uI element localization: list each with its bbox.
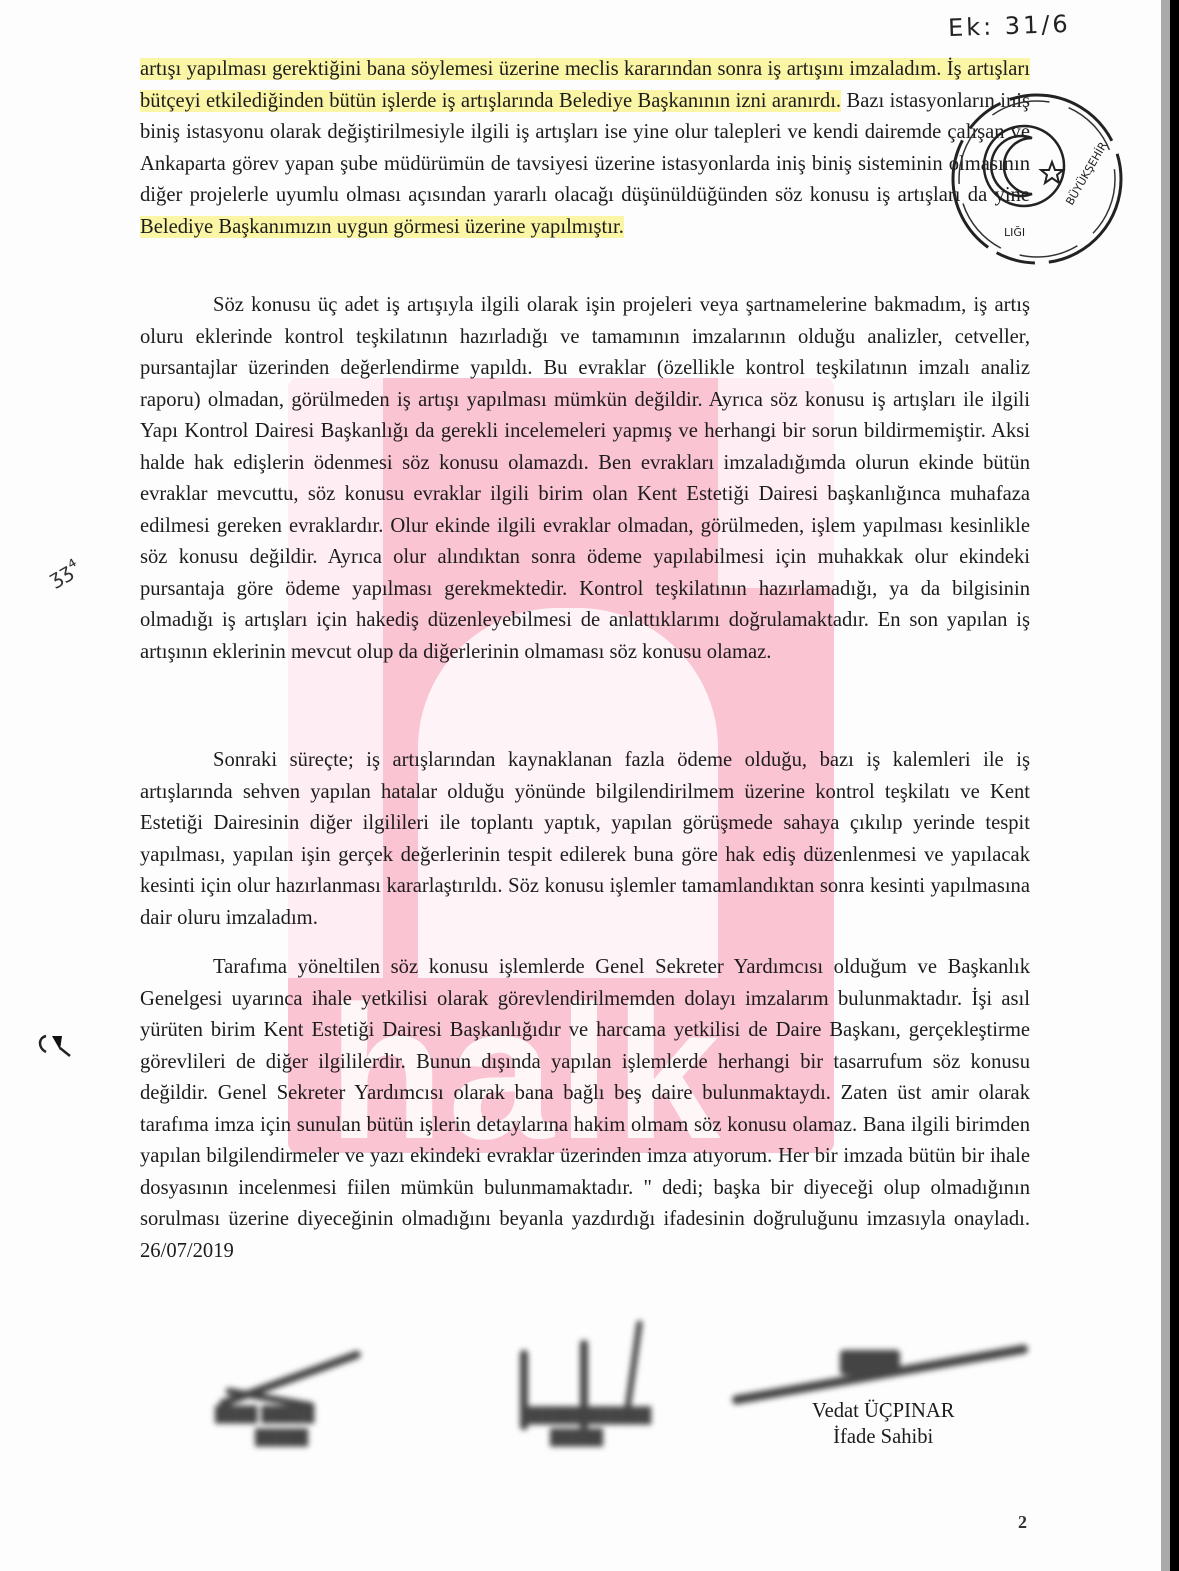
scan-edge-gray: [1161, 0, 1170, 1571]
svg-text:BÜYÜKŞEHİR: BÜYÜKŞEHİR: [1063, 139, 1110, 207]
highlighted-text: Belediye Başkanımızın uygun görmesi üzer…: [140, 216, 624, 238]
svg-text:LIĞI: LIĞI: [1004, 226, 1025, 239]
paragraph-4: Tarafıma yöneltilen söz konusu işlemlerd…: [140, 952, 1030, 1267]
paragraph-1: artışı yapılması gerektiğini bana söylem…: [140, 54, 1030, 243]
handwritten-annotation: Ek: 31/6: [948, 10, 1072, 42]
signature-ifade-sahibi: [720, 1330, 1040, 1400]
paragraph-text: Söz konusu üç adet iş artışıyla ilgili o…: [140, 290, 1030, 668]
page-number: 2: [1018, 1512, 1027, 1533]
official-stamp-icon: BÜYÜKŞEHİR LIĞI: [944, 86, 1130, 272]
signer-block: Vedat ÜÇPINAR İfade Sahibi: [812, 1398, 954, 1450]
signer-name: Vedat ÜÇPINAR: [812, 1398, 954, 1424]
scan-edge-black: [1170, 0, 1179, 1571]
signer-role: İfade Sahibi: [812, 1424, 954, 1450]
paragraph-3: Sonraki süreçte; iş artışlarından kaynak…: [140, 745, 1030, 934]
signature-blurred-2: ██████ ██████ █████: [500, 1320, 700, 1450]
paragraph-text: Sonraki süreçte; iş artışlarından kaynak…: [140, 745, 1030, 934]
paragraph-2: Söz konusu üç adet iş artışıyla ilgili o…: [140, 290, 1030, 668]
margin-check-mark-icon: [36, 1030, 76, 1060]
signature-blurred-1: ████ █████ █████: [205, 1345, 385, 1455]
paragraph-text: Tarafıma yöneltilen söz konusu işlemlerd…: [140, 952, 1030, 1267]
